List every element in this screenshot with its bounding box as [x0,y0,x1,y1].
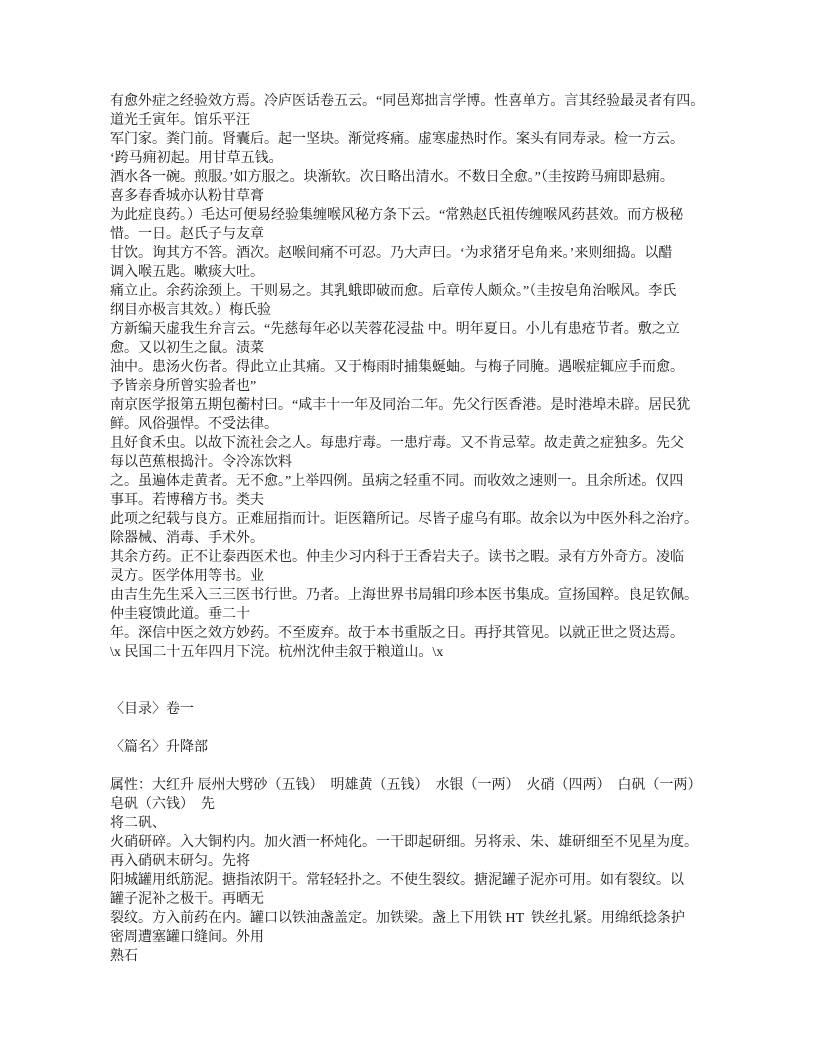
recipe-line: 火硝研碎。入大铜杓内。加火酒一杯炖化。一干即起研细。另将汞、朱、雄研细至不见星为… [110,833,750,852]
preface-line: 军门家。粪门前。肾囊后。起一坚块。渐觉疼痛。虚寒虚热时作。案头有同寿录。检一方云… [110,130,750,149]
preface-line: 甘饮。询其方不答。酒次。赵喉间痛不可忍。乃大声曰。‘为求猪牙皂角来。’来则细捣。… [110,244,750,263]
recipe-line: 密周遭塞罐口缝间。外用 [110,928,750,947]
preface-line: 为此症良药。）毛达可便易经验集缠喉风秘方条下云。“常熟赵氏祖传缠喉风药甚效。而方… [110,206,750,225]
preface-line: 愈。又以初生之鼠。渍菜 [110,339,750,358]
preface-line: 酒水各一碗。煎服。’如方服之。块渐软。次日略出清水。不数日全愈。”（圭按跨马痈即… [110,168,750,187]
preface-line: 道光壬寅年。馆乐平汪 [110,111,750,130]
document-page: 有愈外症之经验效方焉。冷庐医话卷五云。“同邑郑拙言学博。性喜单方。言其经验最灵者… [0,0,816,1056]
recipe-line: 裂纹。方入前药在内。罐口以铁油盏盖定。加铁梁。盏上下用铁 HT 铁丝扎紧。用绵纸… [110,909,750,928]
recipe-line: 熟石 [110,947,750,966]
recipe-line: 阳城罐用纸筋泥。搪指浓阴干。常轻轻扑之。不使生裂纹。搪泥罐子泥亦可用。如有裂纹。… [110,871,750,890]
recipe-line: 将二矾、 [110,814,750,833]
preface-line: 油中。患汤火伤者。得此立止其痛。又于梅雨时捕集蜒蚰。与梅子同腌。遇喉症辄应手而愈… [110,358,750,377]
preface-line: 予皆亲身所曾实验者也” [110,377,750,396]
preface-line: 年。深信中医之效方妙药。不至废弃。故于本书重版之日。再抒其管见。以就正世之贤达焉… [110,624,750,643]
recipe-line: 皂矾（六钱） 先 [110,795,750,814]
preface-line: 每以芭蕉根捣汁。令冷冻饮料 [110,453,750,472]
preface-line: 其余方药。正不让泰西医术也。仲圭少习内科于王香岩夫子。读书之暇。录有方外奇方。凌… [110,548,750,567]
preface-line: 方新编天虚我生弁言云。“先慈每年必以芙蓉花浸盐 中。明年夏日。小儿有患疮节者。敷… [110,320,750,339]
preface-line: 仲圭寝馈此道。垂二十 [110,605,750,624]
preface-line: 痛立止。余药涂颈上。干则易之。其乳蛾即破而愈。后章传人颇众。”（圭按皂角治喉风。… [110,282,750,301]
preface-line: ‘跨马痈初起。用甘草五钱。 [110,149,750,168]
recipe-text-block: 属性：大红升 辰州大劈砂（五钱） 明雄黄（五钱） 水银（一两） 火硝（四两） 白… [110,776,750,966]
toc-heading: 〈目录〉卷一 [110,700,750,719]
chapter-heading-text: 〈篇名〉升降部 [110,738,750,757]
preface-line: 纲目亦极言其效。）梅氏验 [110,301,750,320]
preface-line: 此项之纪载与良方。正难屈指而计。讵医籍所记。尽皆子虚乌有耶。故余以为中医外科之治… [110,510,750,529]
preface-line: 有愈外症之经验效方焉。冷庐医话卷五云。“同邑郑拙言学博。性喜单方。言其经验最灵者… [110,92,750,111]
recipe-line: 属性：大红升 辰州大劈砂（五钱） 明雄黄（五钱） 水银（一两） 火硝（四两） 白… [110,776,750,795]
chapter-heading: 〈篇名〉升降部 [110,738,750,757]
preface-line: 之。虽遍体走黄者。无不愈。”上举四例。虽病之轻重不同。而收效之速则一。且余所述。… [110,472,750,491]
preface-line: 鲜。风俗强悍。不受法律。 [110,415,750,434]
preface-line: 且好食禾虫。以故下流社会之人。每患疔毒。一患疔毒。又不肯忌荤。故走黄之症独多。先… [110,434,750,453]
preface-signature-line: \x 民国二十五年四月下浣。杭州沈仲圭叙于粮道山。\x [110,643,750,662]
preface-line: 由吉生先生采入三三医书行世。乃者。上海世界书局辑印珍本医书集成。宣扬国粹。良足钦… [110,586,750,605]
preface-line: 除器械、消毒、手术外。 [110,529,750,548]
preface-line: 惜。一日。赵氏子与友章 [110,225,750,244]
preface-line: 灵方。医学体用等书。业 [110,567,750,586]
preface-line: 南京医学报第五期包蘅村曰。“咸丰十一年及同治二年。先父行医香港。是时港埠未辟。居… [110,396,750,415]
recipe-line: 罐子泥补之极干。再晒无 [110,890,750,909]
preface-line: 调入喉五匙。嗽痰大吐。 [110,263,750,282]
preface-text-block: 有愈外症之经验效方焉。冷庐医话卷五云。“同邑郑拙言学博。性喜单方。言其经验最灵者… [110,92,750,662]
preface-line: 事耳。若博稽方书。类夫 [110,491,750,510]
recipe-line: 再入硝矾末研匀。先将 [110,852,750,871]
toc-heading-text: 〈目录〉卷一 [110,700,750,719]
preface-line: 喜多春香城亦认粉甘草膏 [110,187,750,206]
